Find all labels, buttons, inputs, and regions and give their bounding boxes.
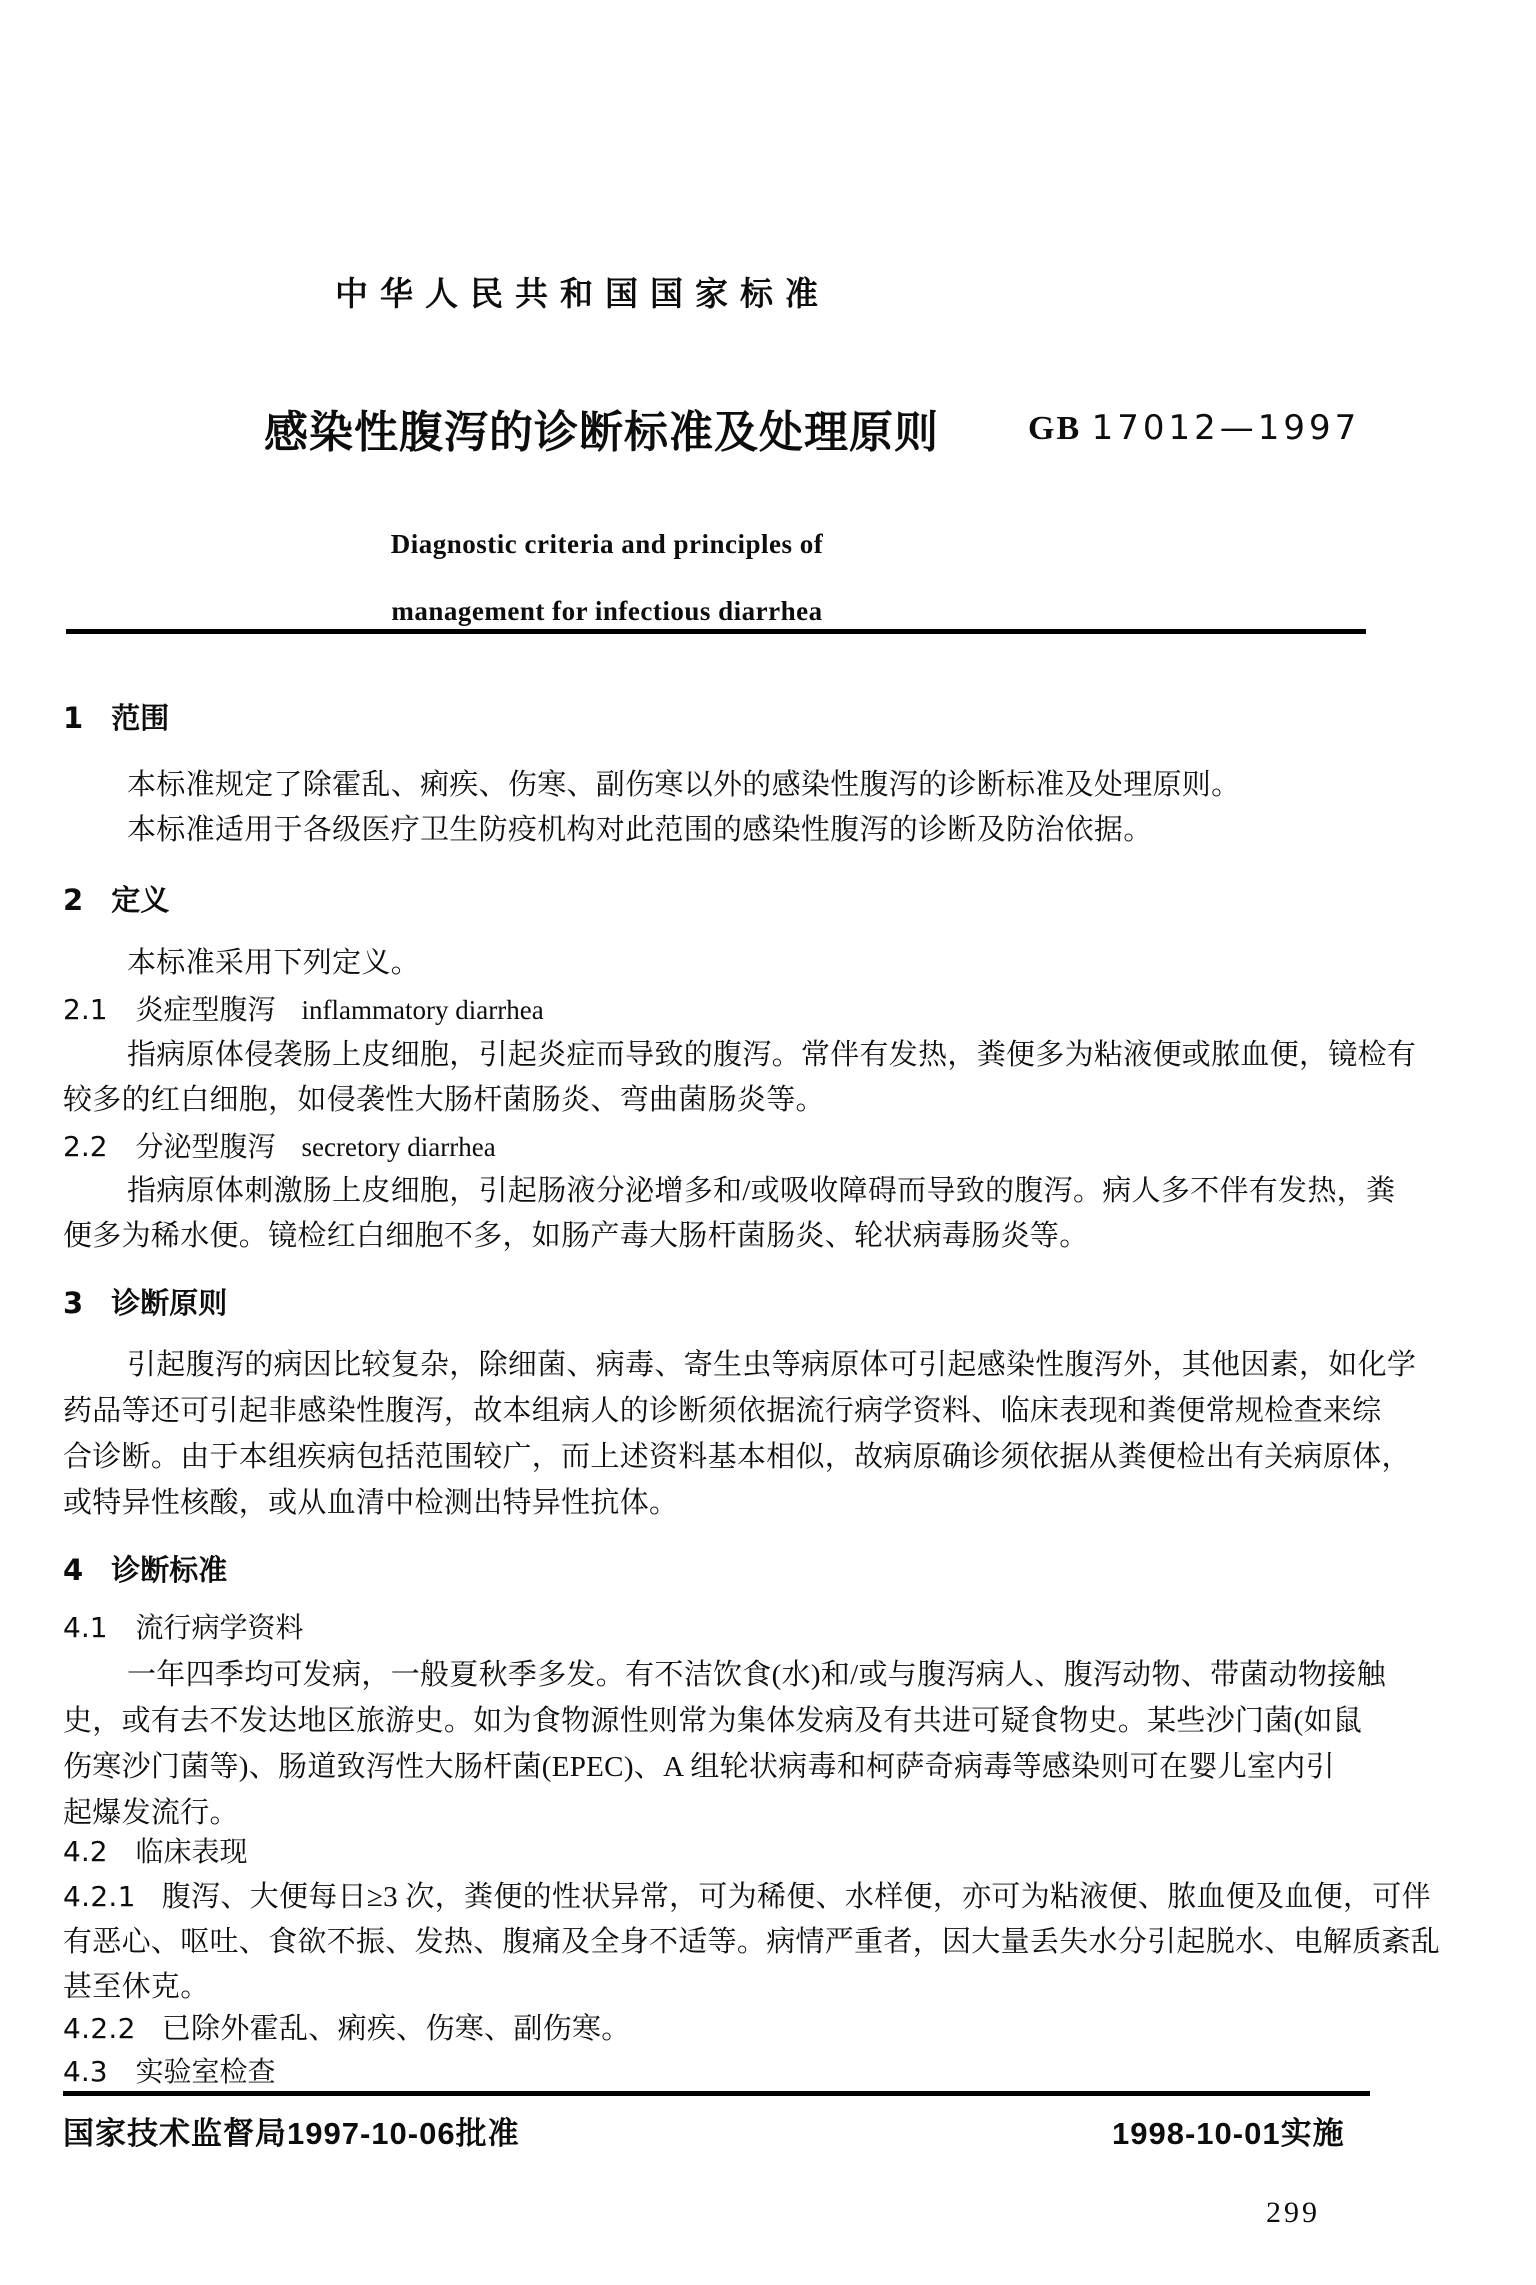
- clause-4-3-title: 实验室检查: [136, 2056, 276, 2087]
- clause-2-2-term-en: secretory diarrhea: [302, 1132, 496, 1162]
- clause-4-3-heading: 4.3实验室检查: [63, 2050, 276, 2090]
- clause-4-2-2-number: 4.2.2: [63, 2012, 136, 2045]
- clause-2-1-term-en: inflammatory diarrhea: [302, 995, 544, 1025]
- clause-4-2-1-number: 4.2.1: [63, 1880, 136, 1913]
- clause-2-2-number: 2.2: [63, 1130, 108, 1163]
- clause-2-2-term: 分泌型腹泻: [136, 1131, 276, 1162]
- clause-4-2-title: 临床表现: [136, 1836, 248, 1867]
- page-number: 299: [1266, 2196, 1320, 2230]
- standard-code-number: 17012—1997: [1092, 408, 1361, 448]
- standard-title-zh: 感染性腹泻的诊断标准及处理原则: [264, 396, 939, 460]
- standard-title-en-line1: Diagnostic criteria and principles of: [391, 529, 823, 559]
- clause-2-1-line-2: 较多的红白细胞，如侵袭性大肠杆菌肠炎、弯曲菌肠炎等。: [63, 1077, 825, 1118]
- section-3-line-1: 引起腹泻的病因比较复杂，除细菌、病毒、寄生虫等病原体可引起感染性腹泻外，其他因素…: [127, 1342, 1416, 1383]
- clause-4-1-heading: 4.1流行病学资料: [63, 1606, 304, 1646]
- approval-statement: 国家技术监督局1997-10-06批准: [63, 2108, 520, 2153]
- implementation-date: 1998-10-01实施: [1112, 2108, 1345, 2153]
- section-1-heading: 1范围: [63, 696, 169, 737]
- clause-2-1-line-1: 指病原体侵袭肠上皮细胞，引起炎症而导致的腹泻。常伴有发热，粪便多为粘液便或脓血便…: [127, 1032, 1416, 1073]
- section-4-number: 4: [63, 1553, 83, 1587]
- section-1-number: 1: [63, 701, 83, 735]
- clause-4-2-1-line-3: 甚至休克。: [63, 1964, 210, 2005]
- clause-4-2-1-line-2: 有恶心、呕吐、食欲不振、发热、腹痛及全身不适等。病情严重者，因大量丢失水分引起脱…: [63, 1919, 1440, 1960]
- clause-4-2-1-text-1: 腹泻、大便每日≥3 次，粪便的性状异常，可为稀便、水样便，亦可为粘液便、脓血便及…: [162, 1881, 1431, 1913]
- clause-2-1-heading: 2.1炎症型腹泻inflammatory diarrhea: [63, 988, 544, 1028]
- section-4-title: 诊断标准: [111, 1555, 227, 1587]
- clause-4-2-number: 4.2: [63, 1835, 108, 1868]
- section-4-heading: 4诊断标准: [63, 1548, 227, 1589]
- standard-code-prefix: GB: [1028, 410, 1081, 447]
- section-3-title: 诊断原则: [111, 1288, 227, 1320]
- clause-2-1-term: 炎症型腹泻: [136, 994, 276, 1025]
- clause-4-1-line-4: 起爆发流行。: [63, 1790, 239, 1831]
- clause-2-2-line-2: 便多为稀水便。镜检红白细胞不多，如肠产毒大肠杆菌肠炎、轮状病毒肠炎等。: [63, 1213, 1089, 1254]
- section-1-title: 范围: [111, 703, 169, 735]
- clause-4-3-number: 4.3: [63, 2055, 108, 2088]
- section-3-line-2: 药品等还可引起非感染性腹泻，故本组病人的诊断须依据流行病学资料、临床表现和粪便常…: [63, 1388, 1382, 1429]
- section-3-line-4: 或特异性核酸，或从血清中检测出特异性抗体。: [63, 1480, 678, 1521]
- section-1-paragraph-2: 本标准适用于各级医疗卫生防疫机构对此范围的感染性腹泻的诊断及防治依据。: [127, 807, 1153, 848]
- section-1-paragraph-1: 本标准规定了除霍乱、痢疾、伤寒、副伤寒以外的感染性腹泻的诊断标准及处理原则。: [127, 762, 1240, 803]
- section-3-number: 3: [63, 1286, 83, 1320]
- footer-divider-rule: [63, 2091, 1370, 2096]
- clause-4-2-2-text: 已除外霍乱、痢疾、伤寒、副伤寒。: [162, 2013, 631, 2045]
- clause-4-1-line-3: 伤寒沙门菌等)、肠道致泻性大肠杆菌(EPEC)、A 组轮状病毒和柯萨奇病毒等感染…: [63, 1744, 1335, 1785]
- section-2-intro: 本标准采用下列定义。: [127, 940, 420, 981]
- clause-4-2-1-line-1: 4.2.1腹泻、大便每日≥3 次，粪便的性状异常，可为稀便、水样便，亦可为粘液便…: [63, 1874, 1431, 1915]
- clause-2-2-heading: 2.2分泌型腹泻secretory diarrhea: [63, 1125, 496, 1165]
- clause-4-1-line-2: 史，或有去不发达地区旅游史。如为食物源性则常为集体发病及有共进可疑食物史。某些沙…: [63, 1698, 1362, 1739]
- standard-title-en-line1-wrap: Diagnostic criteria and principles of: [262, 529, 952, 560]
- standard-document-page: 中华人民共和国国家标准 感染性腹泻的诊断标准及处理原则 GB 17012—199…: [0, 0, 1536, 2285]
- section-3-heading: 3诊断原则: [63, 1281, 227, 1322]
- clause-2-1-number: 2.1: [63, 993, 108, 1026]
- standard-title-en-line2: management for infectious diarrhea: [391, 596, 822, 626]
- standard-title-en-line2-wrap: management for infectious diarrhea: [262, 596, 952, 627]
- section-2-number: 2: [63, 883, 83, 917]
- clause-4-1-line-1: 一年四季均可发病，一般夏秋季多发。有不洁饮食(水)和/或与腹泻病人、腹泻动物、带…: [127, 1652, 1386, 1693]
- national-standard-header: 中华人民共和国国家标准: [335, 268, 830, 315]
- section-3-line-3: 合诊断。由于本组疾病包括范围较广，而上述资料基本相似，故病原确诊须依据从粪便检出…: [63, 1434, 1411, 1475]
- clause-4-1-number: 4.1: [63, 1611, 108, 1644]
- clause-4-2-heading: 4.2临床表现: [63, 1830, 248, 1870]
- header-divider-rule: [66, 629, 1366, 634]
- clause-4-2-2-line: 4.2.2已除外霍乱、痢疾、伤寒、副伤寒。: [63, 2006, 631, 2047]
- section-2-title: 定义: [111, 885, 169, 917]
- clause-4-1-title: 流行病学资料: [136, 1612, 304, 1643]
- clause-2-2-line-1: 指病原体刺激肠上皮细胞，引起肠液分泌增多和/或吸收障碍而导致的腹泻。病人多不伴有…: [127, 1168, 1395, 1209]
- section-2-heading: 2定义: [63, 878, 169, 919]
- standard-code: GB 17012—1997: [1028, 408, 1360, 448]
